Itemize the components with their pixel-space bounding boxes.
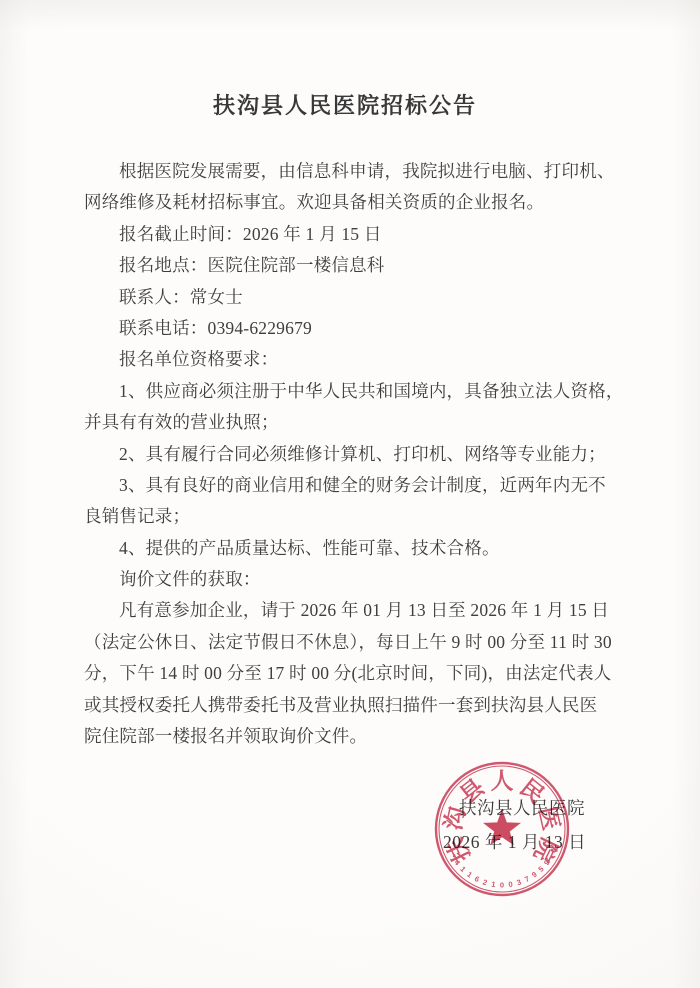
seal-digit: 1 — [465, 870, 474, 880]
body-line: 报名截止时间：2026 年 1 月 15 日 — [84, 219, 624, 250]
body-line: 凡有意参加企业，请于 2026 年 01 月 13 日至 2026 年 1 月 … — [84, 595, 624, 626]
seal-digit: 9 — [530, 870, 539, 880]
body-line: 报名地点：医院住院部一楼信息科 — [84, 250, 624, 281]
document-body: 根据医院发展需要，由信息科申请，我院拟进行电脑、打印机、网络维修及耗材招标事宜。… — [84, 156, 624, 752]
body-line: 询价文件的获取： — [84, 564, 624, 595]
body-line: 报名单位资格要求： — [84, 344, 624, 375]
seal-digit: 1 — [458, 864, 467, 873]
seal-digit: 2 — [482, 877, 489, 887]
seal-char: 民 — [515, 775, 549, 809]
official-seal-stamp: 扶沟县人民医院 4116210037959 — [427, 754, 577, 904]
seal-char: 沟 — [439, 804, 469, 832]
seal-digit: 6 — [473, 874, 481, 884]
seal-digit: 1 — [491, 880, 497, 890]
body-line: 良销售记录； — [84, 501, 624, 532]
body-line: 1、供应商必须注册于中华人民共和国境内，具备独立法人资格， — [84, 376, 624, 407]
body-line: 联系人：常女士 — [84, 282, 624, 313]
body-line: 网络维修及耗材招标事宜。欢迎具备相关资质的企业报名。 — [84, 187, 624, 218]
seal-char: 人 — [491, 769, 514, 794]
body-line: 根据医院发展需要，由信息科申请，我院拟进行电脑、打印机、 — [84, 156, 624, 187]
seal-digit: 3 — [516, 877, 523, 887]
body-line: 院住院部一楼报名并领取询价文件。 — [84, 721, 624, 752]
seal-digit: 0 — [500, 881, 504, 890]
body-line: 联系电话：0394-6229679 — [84, 313, 624, 344]
seal-char: 县 — [455, 775, 489, 809]
body-line: 2、具有履行合同必须维修计算机、打印机、网络等专业能力； — [84, 439, 624, 470]
body-line: 分，下午 14 时 00 分至 17 时 00 分(北京时间，下同)，由法定代表… — [84, 658, 624, 689]
body-line: 3、具有良好的商业信用和健全的财务会计制度，近两年内无不 — [84, 470, 624, 501]
body-line: 4、提供的产品质量达标、性能可靠、技术合格。 — [84, 533, 624, 564]
seal-digit: 5 — [536, 864, 545, 873]
body-line: 或其授权委托人携带委托书及营业执照扫描件一套到扶沟县人民医 — [84, 690, 624, 721]
seal-digit: 7 — [523, 874, 531, 884]
seal-char: 医 — [534, 805, 563, 833]
document-page: 扶沟县人民医院招标公告 根据医院发展需要，由信息科申请，我院拟进行电脑、打印机、… — [0, 0, 700, 988]
star-icon — [483, 809, 521, 845]
document-title: 扶沟县人民医院招标公告 — [0, 89, 690, 120]
body-line: 并具有有效的营业执照； — [84, 407, 624, 438]
seal-digit: 0 — [508, 880, 514, 890]
body-line: （法定公休日、法定节假日不休息），每日上午 9 时 00 分至 11 时 30 — [84, 627, 624, 658]
